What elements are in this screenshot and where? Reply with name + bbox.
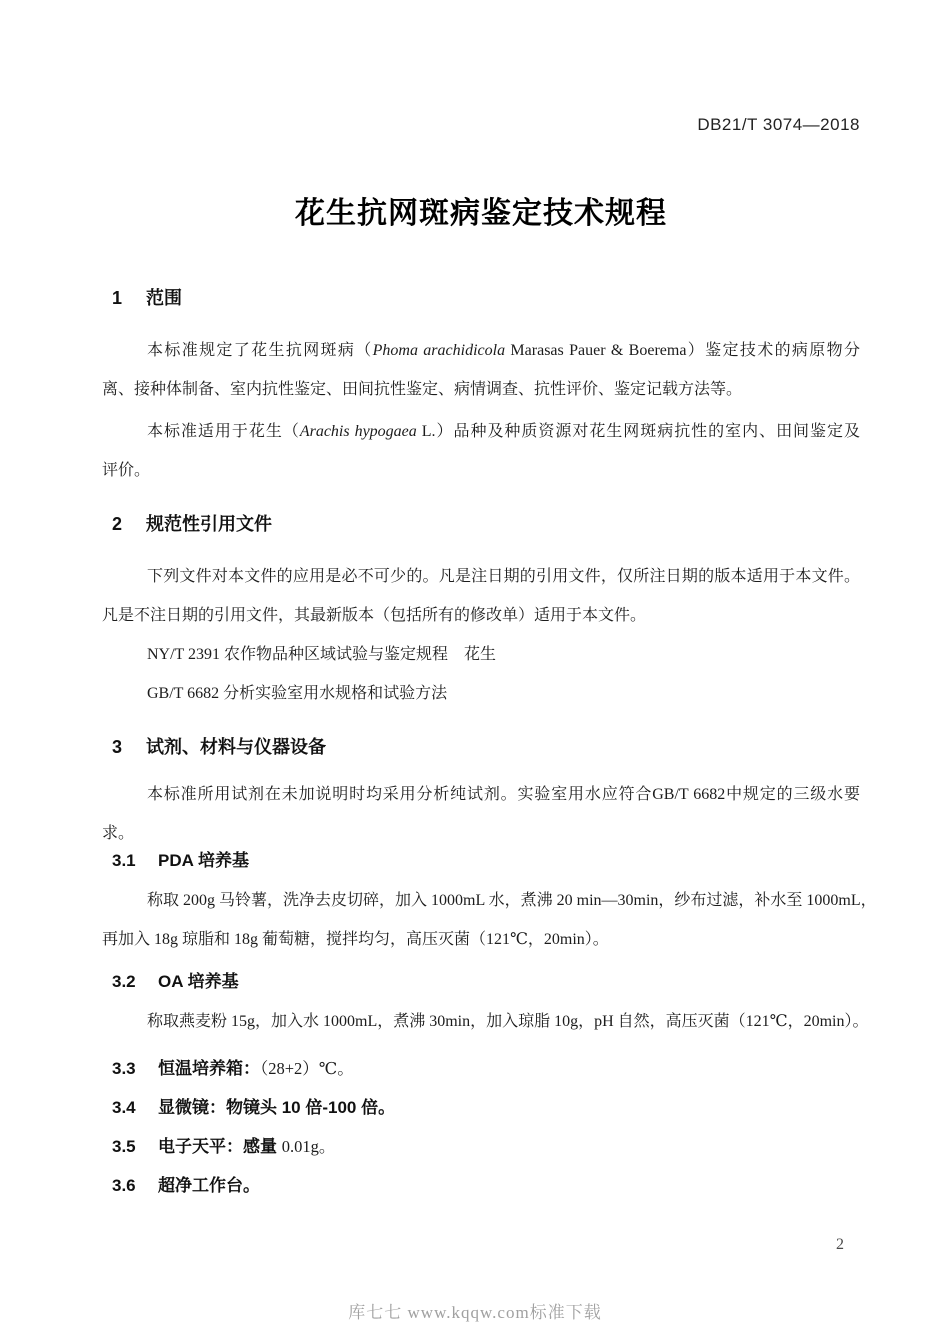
section-3-number: 3 (112, 736, 146, 758)
clause-3-3-incubator: 3.3恒温培养箱：（28+2）℃。 (112, 1058, 860, 1080)
reagents-paragraph: 本标准所用试剂在未加说明时均采用分析纯试剂。实验室用水应符合GB/T 6682中… (102, 775, 860, 853)
clause-3-4-microscope: 3.4显微镜：物镜头 10 倍-100 倍。 (112, 1097, 860, 1119)
scope-paragraph-1: 本标准规定了花生抗网斑病（Phoma arachidicola Marasas … (102, 331, 860, 409)
latin-species-name: Phoma arachidicola (373, 342, 505, 359)
text-run: Marasas Pauer & Boerema）鉴定技术的病原物分 (505, 342, 860, 359)
text-run: 本标准规定了花生抗网斑病（ (147, 342, 373, 359)
clause-3-5-balance: 3.5电子天平：感量 0.01g。 (112, 1136, 860, 1158)
section-1-heading: 1范围 (112, 287, 860, 309)
paragraph-line: 离、接种体制备、室内抗性鉴定、田间抗性鉴定、病情调查、抗性评价、鉴定记载方法等。 (102, 370, 860, 409)
clause-3-2-heading-label: OA 培养基 (158, 972, 239, 991)
clause-3-6-number: 3.6 (112, 1175, 158, 1197)
clause-3-3-value: （28+2）℃。 (260, 1059, 354, 1078)
section-1-heading-label: 范围 (146, 288, 182, 308)
paragraph-line: 称取燕麦粉 15g，加入水 1000mL，煮沸 30min，加入琼脂 10g，p… (102, 1002, 860, 1041)
clause-3-3-number: 3.3 (112, 1058, 158, 1080)
clause-3-5-number: 3.5 (112, 1136, 158, 1158)
clause-3-1-number: 3.1 (112, 850, 158, 872)
section-2-heading: 2规范性引用文件 (112, 513, 860, 535)
clause-3-3-label: 恒温培养箱： (158, 1059, 260, 1078)
clause-3-5-value: 0.01g。 (282, 1137, 336, 1156)
text-run: L.）品种及种质资源对花生网斑病抗性的室内、田间鉴定及 (417, 423, 860, 440)
section-1-number: 1 (112, 287, 146, 309)
paragraph-line: 评价。 (102, 451, 860, 490)
standard-code-header: DB21/T 3074—2018 (102, 114, 860, 136)
paragraph-line: 求。 (102, 814, 860, 853)
paragraph-line: 本标准适用于花生（Arachis hypogaea L.）品种及种质资源对花生网… (102, 412, 860, 451)
oa-medium-paragraph: 称取燕麦粉 15g，加入水 1000mL，煮沸 30min，加入琼脂 10g，p… (102, 1002, 860, 1041)
paragraph-line: 凡是不注日期的引用文件，其最新版本（包括所有的修改单）适用于本文件。 (102, 596, 860, 635)
clause-3-1-heading: 3.1PDA 培养基 (112, 850, 860, 872)
footer-watermark: 库七七 www.kqqw.com标准下载 (0, 1298, 950, 1323)
page-number: 2 (836, 1236, 844, 1254)
clause-3-4-number: 3.4 (112, 1097, 158, 1119)
paragraph-line: 称取 200g 马铃薯，洗净去皮切碎，加入 1000mL 水，煮沸 20 min… (102, 881, 860, 920)
normative-references-paragraph: 下列文件对本文件的应用是必不可少的。凡是注日期的引用文件，仅所注日期的版本适用于… (102, 557, 860, 635)
section-2-number: 2 (112, 513, 146, 535)
reference-gbt-6682: GB/T 6682 分析实验室用水规格和试验方法 (102, 674, 860, 713)
clause-3-5-label: 电子天平：感量 (158, 1137, 282, 1156)
scope-paragraph-2: 本标准适用于花生（Arachis hypogaea L.）品种及种质资源对花生网… (102, 412, 860, 490)
paragraph-line: 下列文件对本文件的应用是必不可少的。凡是注日期的引用文件，仅所注日期的版本适用于… (102, 557, 860, 596)
clause-3-2-number: 3.2 (112, 971, 158, 993)
section-3-heading: 3试剂、材料与仪器设备 (112, 736, 860, 758)
text-run: 本标准适用于花生（ (147, 423, 300, 440)
paragraph-line: 再加入 18g 琼脂和 18g 葡萄糖，搅拌均匀，高压灭菌（121℃，20min… (102, 920, 860, 959)
section-3-heading-label: 试剂、材料与仪器设备 (146, 737, 326, 757)
clause-3-1-heading-label: PDA 培养基 (158, 851, 249, 870)
clause-3-6-clean-bench: 3.6超净工作台。 (112, 1175, 860, 1197)
reference-nyt-2391: NY/T 2391 农作物品种区域试验与鉴定规程 花生 (102, 635, 860, 674)
latin-species-name: Arachis hypogaea (300, 423, 417, 440)
clause-3-2-heading: 3.2OA 培养基 (112, 971, 860, 993)
paragraph-line: 本标准所用试剂在未加说明时均采用分析纯试剂。实验室用水应符合GB/T 6682中… (102, 775, 860, 814)
document-page: DB21/T 3074—2018 花生抗网斑病鉴定技术规程 1范围 本标准规定了… (0, 0, 950, 1344)
paragraph-line: 本标准规定了花生抗网斑病（Phoma arachidicola Marasas … (102, 331, 860, 370)
clause-3-6-label: 超净工作台。 (158, 1176, 260, 1195)
section-2-heading-label: 规范性引用文件 (146, 514, 272, 534)
document-title: 花生抗网斑病鉴定技术规程 (102, 198, 860, 230)
pda-medium-paragraph: 称取 200g 马铃薯，洗净去皮切碎，加入 1000mL 水，煮沸 20 min… (102, 881, 860, 959)
clause-3-4-label: 显微镜：物镜头 10 倍-100 倍。 (158, 1098, 395, 1117)
